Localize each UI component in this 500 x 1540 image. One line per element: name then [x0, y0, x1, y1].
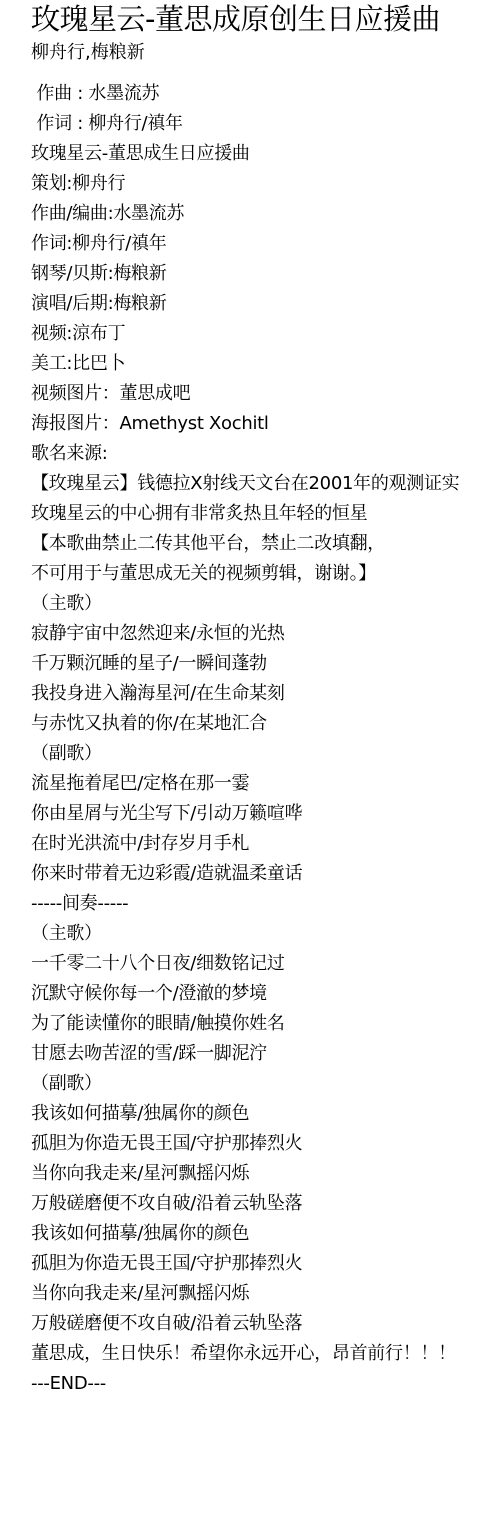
- lyric-line: 千万颗沉睡的星子/一瞬间蓬勃: [31, 649, 459, 679]
- lyric-line: 【本歌曲禁止二传其他平台，禁止二改填翻，: [31, 529, 459, 559]
- lyric-line: 作曲 : 水墨流苏: [31, 79, 459, 109]
- lyric-line: 作曲/编曲:水墨流苏: [31, 199, 459, 229]
- lyric-line: 孤胆为你造无畏王国/守护那捧烈火: [31, 1129, 459, 1159]
- lyric-line: 作词 : 柳舟行/禛年: [31, 109, 459, 139]
- lyric-line: 与赤忱又执着的你/在某地汇合: [31, 709, 459, 739]
- lyric-line: 玫瑰星云的中心拥有非常炙热且年轻的恒星: [31, 499, 459, 529]
- lyric-line: 玫瑰星云-董思成生日应援曲: [31, 139, 459, 169]
- lyric-line: 我投身进入瀚海星河/在生命某刻: [31, 679, 459, 709]
- lyric-line: 一千零二十八个日夜/细数铭记过: [31, 949, 459, 979]
- lyric-line: 作词:柳舟行/禛年: [31, 229, 459, 259]
- lyric-line: 甘愿去吻苦涩的雪/踩一脚泥泞: [31, 1039, 459, 1069]
- lyric-line: 在时光洪流中/封存岁月手札: [31, 829, 459, 859]
- lyric-line: 孤胆为你造无畏王国/守护那捧烈火: [31, 1249, 459, 1279]
- lyric-line: 歌名来源:: [31, 439, 459, 469]
- lyric-line: 寂静宇宙中忽然迎来/永恒的光热: [31, 619, 459, 649]
- song-title: 玫瑰星云-董思成原创生日应援曲: [31, 0, 440, 38]
- lyric-line: 当你向我走来/星河飘摇闪烁: [31, 1159, 459, 1189]
- lyric-line: （副歌）: [31, 1069, 459, 1099]
- lyric-line: 为了能读懂你的眼睛/触摸你姓名: [31, 1009, 459, 1039]
- lyric-line: 当你向我走来/星河飘摇闪烁: [31, 1279, 459, 1309]
- lyric-line: 美工:比巴卜: [31, 349, 459, 379]
- lyric-line: 策划:柳舟行: [31, 169, 459, 199]
- lyrics-page: 玫瑰星云-董思成原创生日应援曲 柳舟行,梅粮新 作曲 : 水墨流苏 作词 : 柳…: [0, 0, 500, 1540]
- lyric-line: （主歌）: [31, 919, 459, 949]
- lyric-line: 不可用于与董思成无关的视频剪辑，谢谢。】: [31, 559, 459, 589]
- lyric-line: （副歌）: [31, 739, 459, 769]
- lyric-line: 【玫瑰星云】钱德拉X射线天文台在2001年的观测证实: [31, 469, 459, 499]
- lyric-line: 董思成，生日快乐！希望你永远开心，昂首前行！！！: [31, 1339, 459, 1369]
- lyric-line: 我该如何描摹/独属你的颜色: [31, 1099, 459, 1129]
- lyric-line: 视频图片：董思成吧: [31, 379, 459, 409]
- lyric-line: -----间奏-----: [31, 889, 459, 919]
- lyric-line: ---END---: [31, 1369, 459, 1399]
- lyrics-list: 作曲 : 水墨流苏 作词 : 柳舟行/禛年 玫瑰星云-董思成生日应援曲 策划:柳…: [31, 79, 459, 1399]
- lyric-line: 钢琴/贝斯:梅粮新: [31, 259, 459, 289]
- lyric-line: 演唱/后期:梅粮新: [31, 289, 459, 319]
- song-artist: 柳舟行,梅粮新: [31, 40, 145, 66]
- lyric-line: 沉默守候你每一个/澄澈的梦境: [31, 979, 459, 1009]
- lyric-line: 你由星屑与光尘写下/引动万籁喧哗: [31, 799, 459, 829]
- lyric-line: 海报图片：Amethyst Xochitl: [31, 409, 459, 439]
- lyric-line: 流星拖着尾巴/定格在那一霎: [31, 769, 459, 799]
- lyric-line: 我该如何描摹/独属你的颜色: [31, 1219, 459, 1249]
- lyric-line: 万般磋磨便不攻自破/沿着云轨坠落: [31, 1309, 459, 1339]
- lyric-line: （主歌）: [31, 589, 459, 619]
- lyric-line: 万般磋磨便不攻自破/沿着云轨坠落: [31, 1189, 459, 1219]
- lyric-line: 你来时带着无边彩霞/造就温柔童话: [31, 859, 459, 889]
- lyric-line: 视频:涼布丁: [31, 319, 459, 349]
